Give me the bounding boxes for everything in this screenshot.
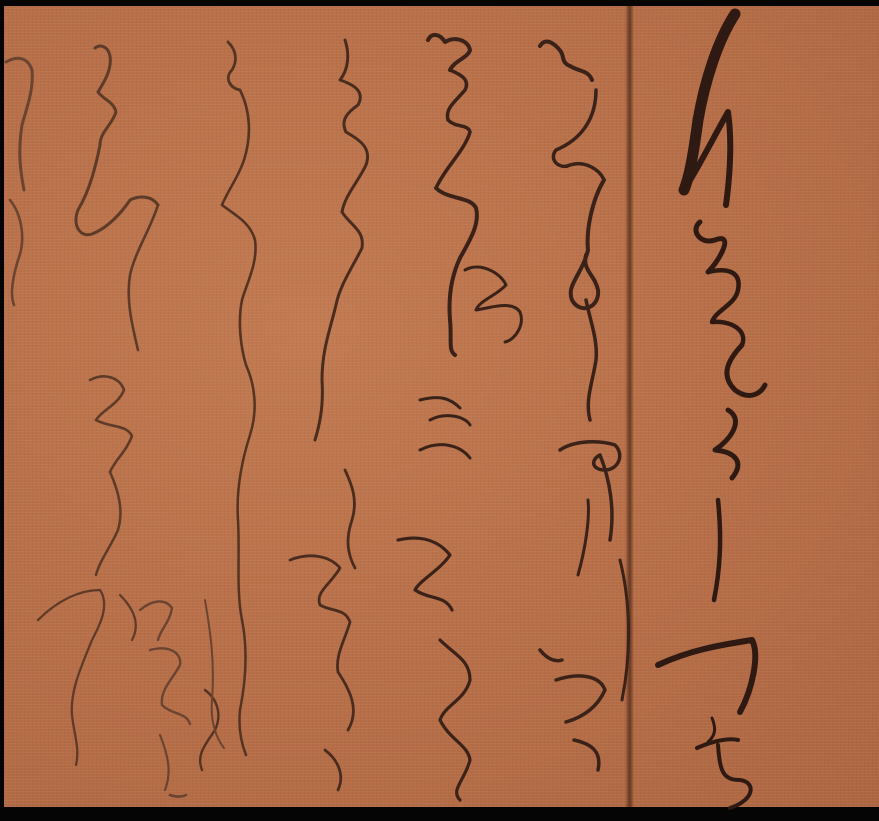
column-7 (6, 58, 32, 305)
column-2 (540, 42, 629, 770)
column-3 (398, 35, 521, 800)
column-6 (38, 46, 158, 765)
column-1 (658, 14, 765, 808)
column-8 (140, 601, 190, 796)
calligraphy-strokes (0, 0, 879, 821)
column-5 (200, 42, 255, 770)
column-9 (205, 600, 224, 748)
column-4 (290, 40, 368, 790)
